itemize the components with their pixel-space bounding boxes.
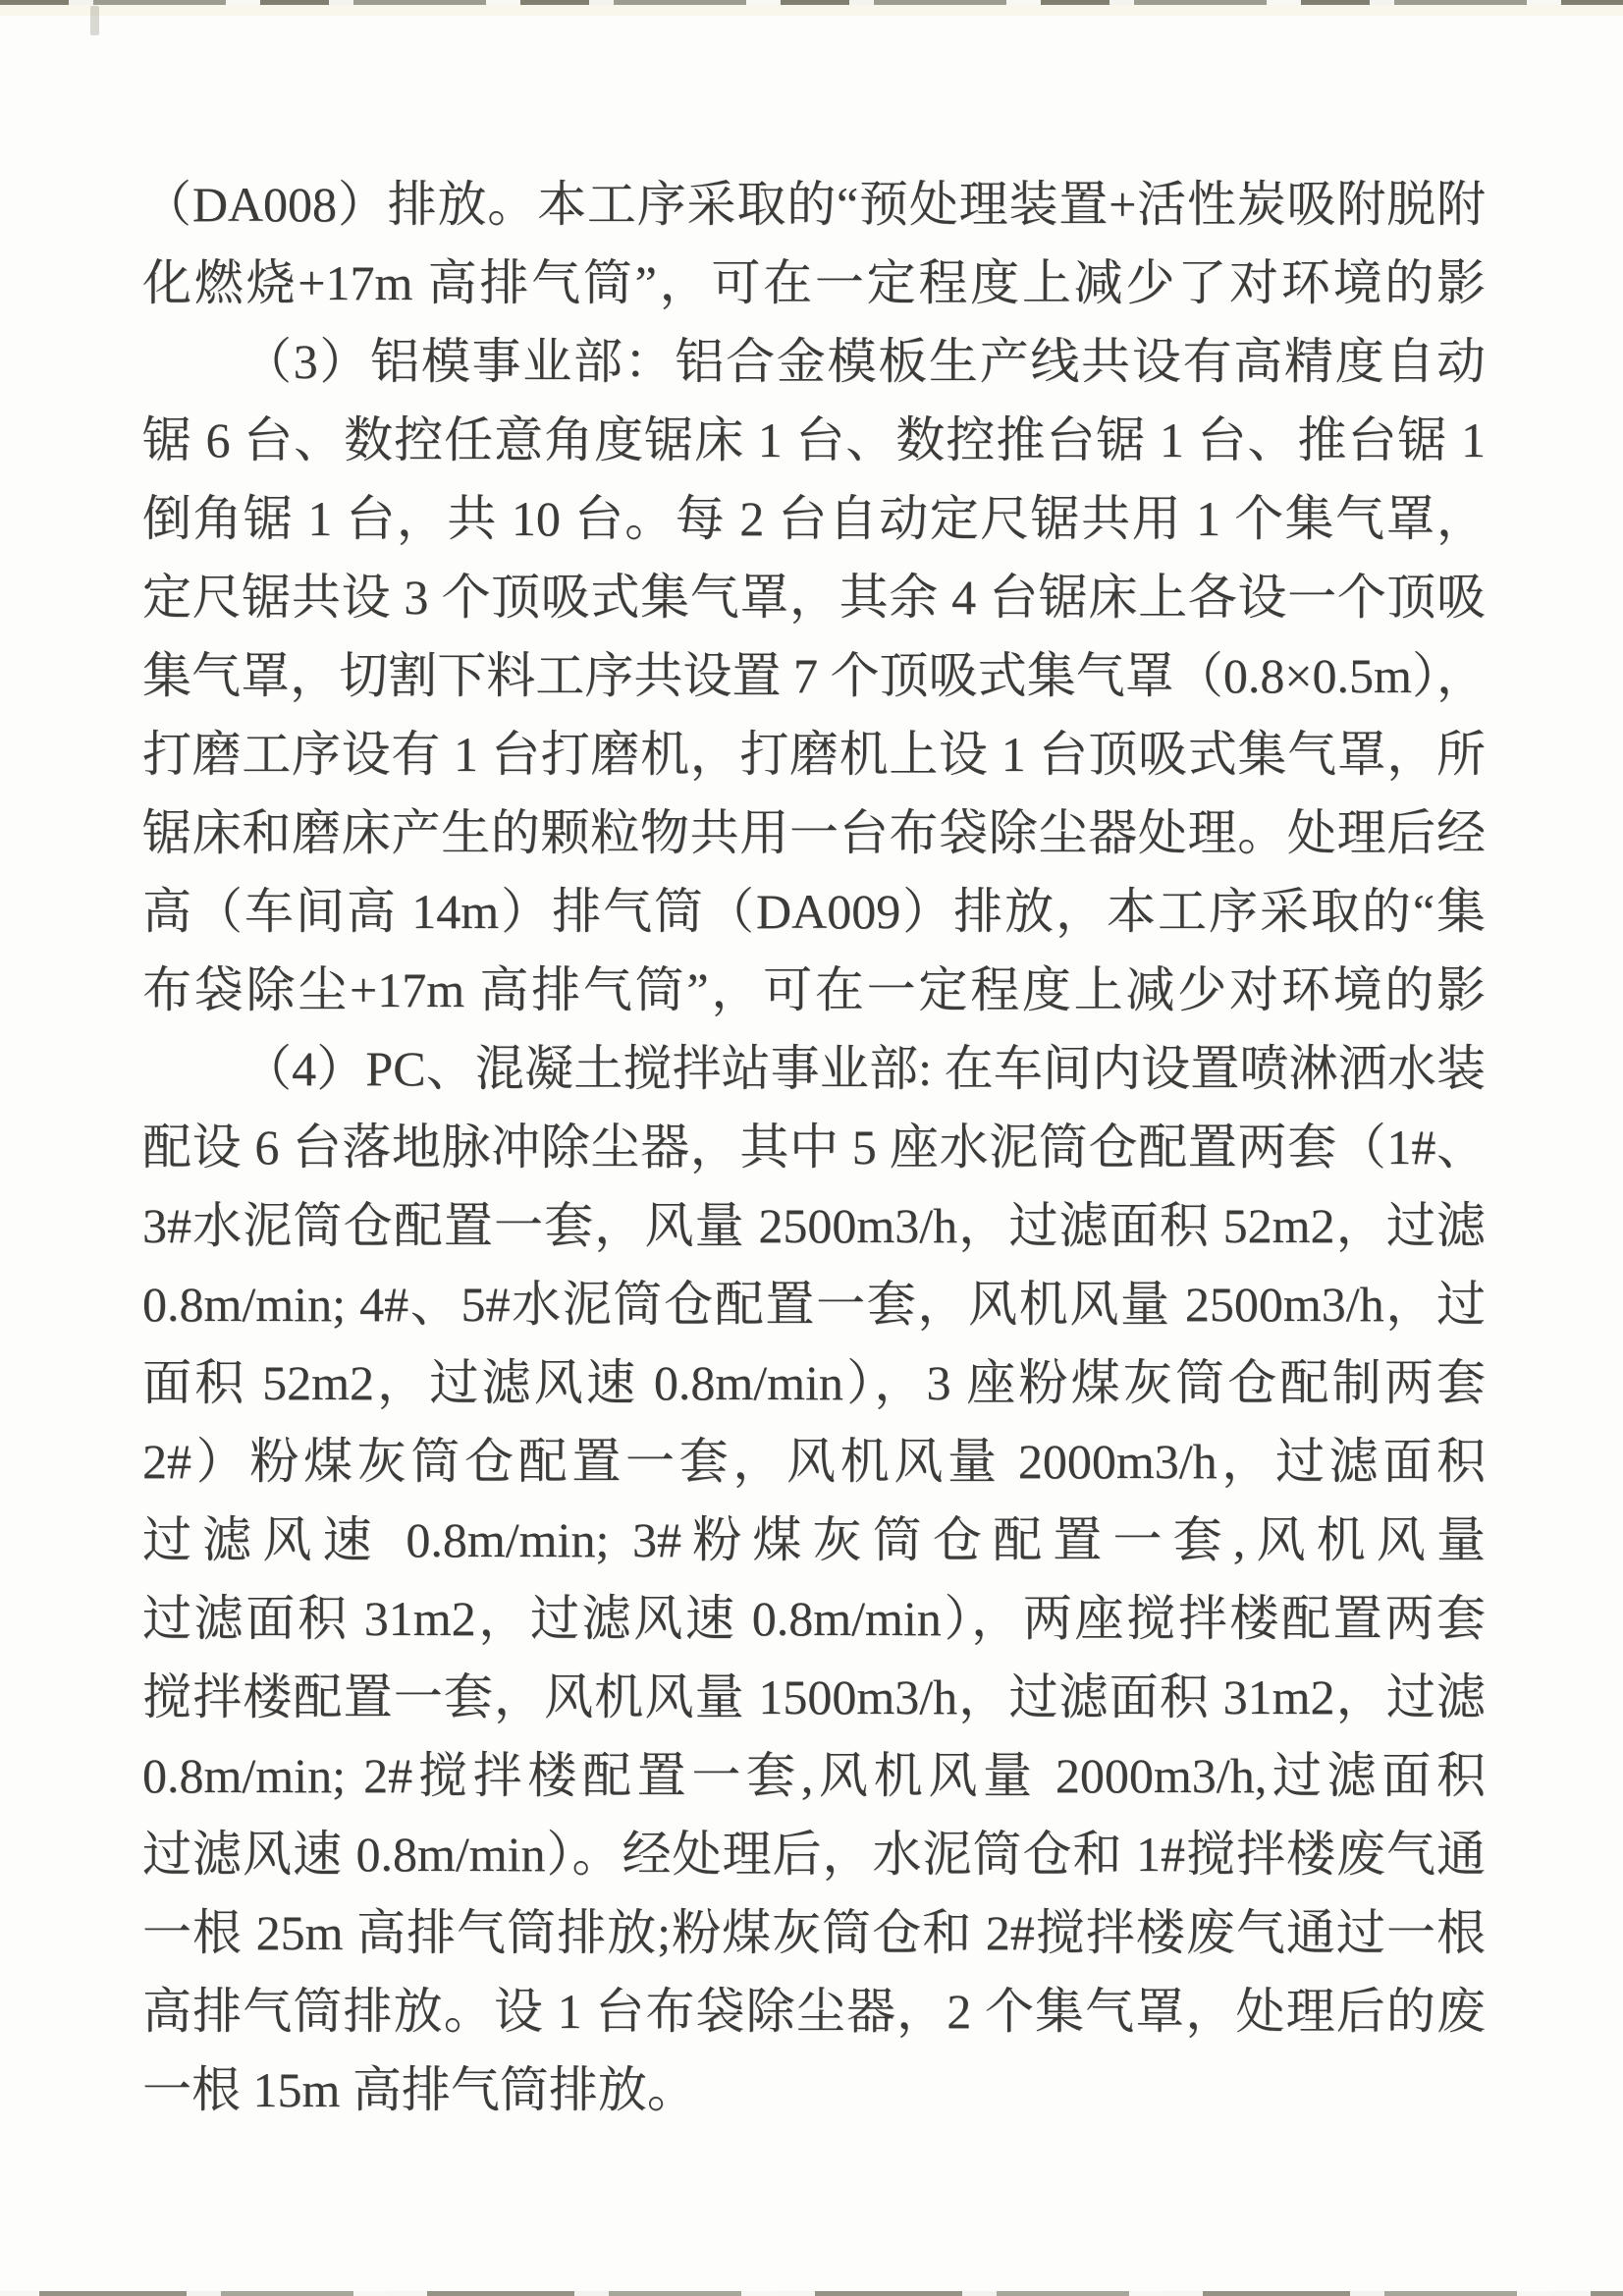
- text-line: 2#）粉煤灰筒仓配置一套，风机风量 2000m3/h，过滤面积 42m2，: [142, 1422, 1486, 1501]
- text-line: 0.8m/min; 4#、5#水泥筒仓配置一套，风机风量 2500m3/h，过滤: [142, 1265, 1486, 1343]
- text-line: 3#水泥筒仓配置一套，风量 2500m3/h，过滤面积 52m2，过滤风速: [142, 1186, 1486, 1265]
- text-line: 0.8m/min; 2#搅拌楼配置一套,风机风量 2000m3/h,过滤面积 4…: [142, 1736, 1486, 1815]
- text-line: 高（车间高 14m）排气筒（DA009）排放，本工序采取的“集气罩+: [142, 872, 1486, 951]
- scan-artifact-top-tint: [0, 5, 1623, 16]
- text-line: 过滤面积 31m2，过滤风速 0.8m/min），两座搅拌楼配置两套（1#: [142, 1579, 1486, 1658]
- text-line: 锯 6 台、数控任意角度锯床 1 台、数控推台锯 1 台、推台锯 1 台、: [142, 401, 1486, 479]
- text-line: （3）铝模事业部：铝合金模板生产线共设有高精度自动定尺: [142, 322, 1486, 401]
- text-line: 打磨工序设有 1 台打磨机，打磨机上设 1 台顶吸式集气罩，所有: [142, 715, 1486, 793]
- scan-artifact-smudge: [90, 6, 99, 35]
- text-line: 面积 52m2，过滤风速 0.8m/min），3 座粉煤灰筒仓配制两套（1#、: [142, 1343, 1486, 1422]
- text-line: 一根 25m 高排气筒排放;粉煤灰筒仓和 2#搅拌楼废气通过一根 25m: [142, 1893, 1486, 1972]
- text-line: 一根 15m 高排气筒排放。: [142, 2050, 1486, 2129]
- text-line: 集气罩，切割下料工序共设置 7 个顶吸式集气罩（0.8×0.5m），: [142, 636, 1486, 715]
- document-page: （DA008）排放。本工序采取的“预处理装置+活性炭吸附脱附+催 化燃烧+17m…: [142, 165, 1486, 2129]
- text-line: 高排气筒排放。设 1 台布袋除尘器，2 个集气罩，处理后的废气经: [142, 1972, 1486, 2050]
- text-line: 倒角锯 1 台，共 10 台。每 2 台自动定尺锯共用 1 个集气罩，自动: [142, 479, 1486, 558]
- text-line: 配设 6 台落地脉冲除尘器，其中 5 座水泥筒仓配置两套（1#、2#、: [142, 1108, 1486, 1186]
- text-line: 过滤风速 0.8m/min; 3#粉煤灰筒仓配置一套,风机风量 1500m3/h…: [142, 1501, 1486, 1579]
- text-line: 定尺锯共设 3 个顶吸式集气罩，其余 4 台锯床上各设一个顶吸式: [142, 558, 1486, 636]
- text-line: 搅拌楼配置一套，风机风量 1500m3/h，过滤面积 31m2，过滤风速: [142, 1658, 1486, 1736]
- text-line: 化燃烧+17m 高排气筒”，可在一定程度上减少了对环境的影响。: [142, 244, 1486, 322]
- scan-artifact-bottom-edge: [0, 2291, 1623, 2296]
- text-line: 锯床和磨床产生的颗粒物共用一台布袋除尘器处理。处理后经 17m: [142, 793, 1486, 872]
- text-line: （4）PC、混凝土搅拌站事业部: 在车间内设置喷淋洒水装置，: [142, 1029, 1486, 1108]
- text-line: 布袋除尘+17m 高排气筒”，可在一定程度上减少对环境的影响。: [142, 951, 1486, 1029]
- text-line: 过滤风速 0.8m/min）。经处理后，水泥筒仓和 1#搅拌楼废气通过: [142, 1815, 1486, 1893]
- text-line: （DA008）排放。本工序采取的“预处理装置+活性炭吸附脱附+催: [142, 165, 1486, 244]
